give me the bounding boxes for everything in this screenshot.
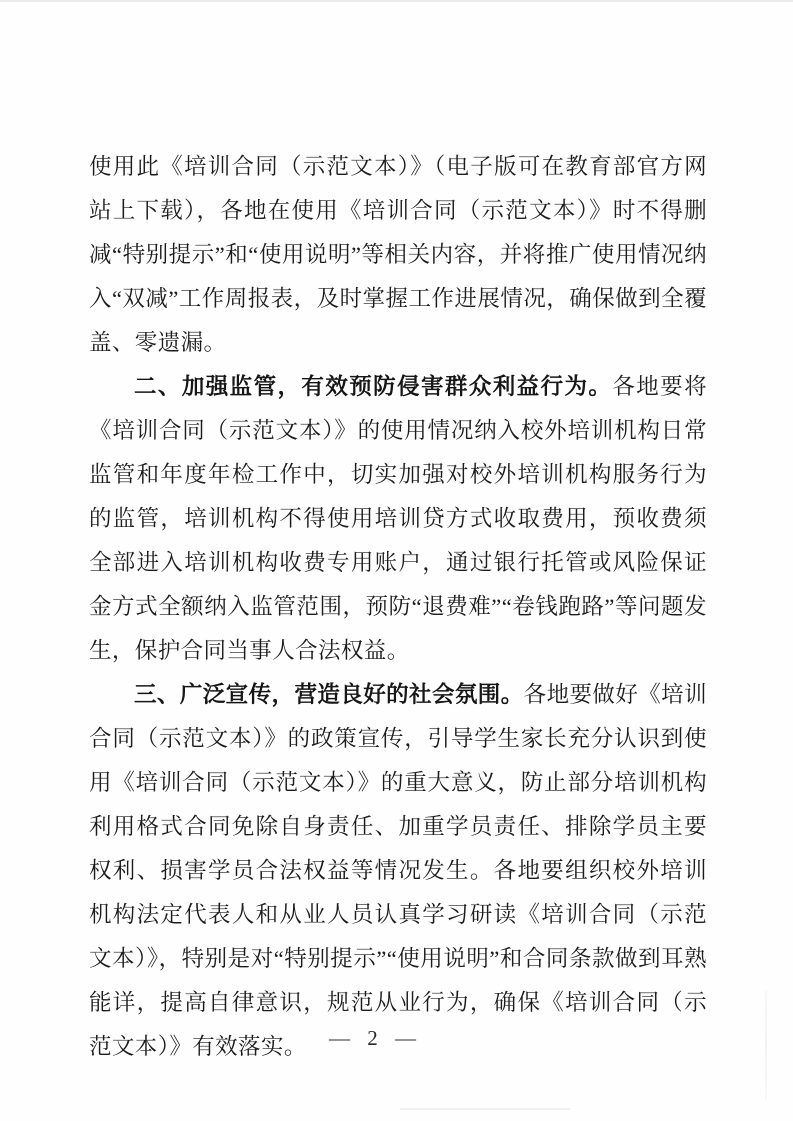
page-footer: — 2 — — [0, 1026, 772, 1051]
paragraph-section-3: 三、广泛宣传，营造良好的社会氛围。各地要做好《培训合同（示范文本）》的政策宣传，… — [89, 673, 707, 1069]
page-number: — 2 — — [329, 1026, 422, 1050]
section-3-heading: 三、广泛宣传，营造良好的社会氛围。 — [134, 682, 524, 707]
scan-smudge-artifact — [400, 1108, 570, 1110]
document-page: 使用此《培训合同（示范文本）》（电子版可在教育部官方网站上下载），各地在使用《培… — [0, 0, 793, 1121]
document-body: 使用此《培训合同（示范文本）》（电子版可在教育部官方网站上下载），各地在使用《培… — [89, 145, 707, 1069]
paragraph-continuation: 使用此《培训合同（示范文本）》（电子版可在教育部官方网站上下载），各地在使用《培… — [89, 145, 707, 365]
paragraph-text: 各地要做好《培训合同（示范文本）》的政策宣传，引导学生家长充分认识到使用《培训合… — [89, 682, 707, 1059]
paragraph-section-2: 二、加强监管，有效预防侵害群众利益行为。各地要将《培训合同（示范文本）》的使用情… — [89, 365, 707, 673]
scan-edge-artifact — [0, 0, 793, 2]
section-2-heading: 二、加强监管，有效预防侵害群众利益行为。 — [134, 374, 612, 399]
paragraph-text: 使用此《培训合同（示范文本）》（电子版可在教育部官方网站上下载），各地在使用《培… — [89, 154, 707, 355]
paragraph-text: 各地要将《培训合同（示范文本）》的使用情况纳入校外培训机构日常监管和年度年检工作… — [89, 374, 707, 663]
